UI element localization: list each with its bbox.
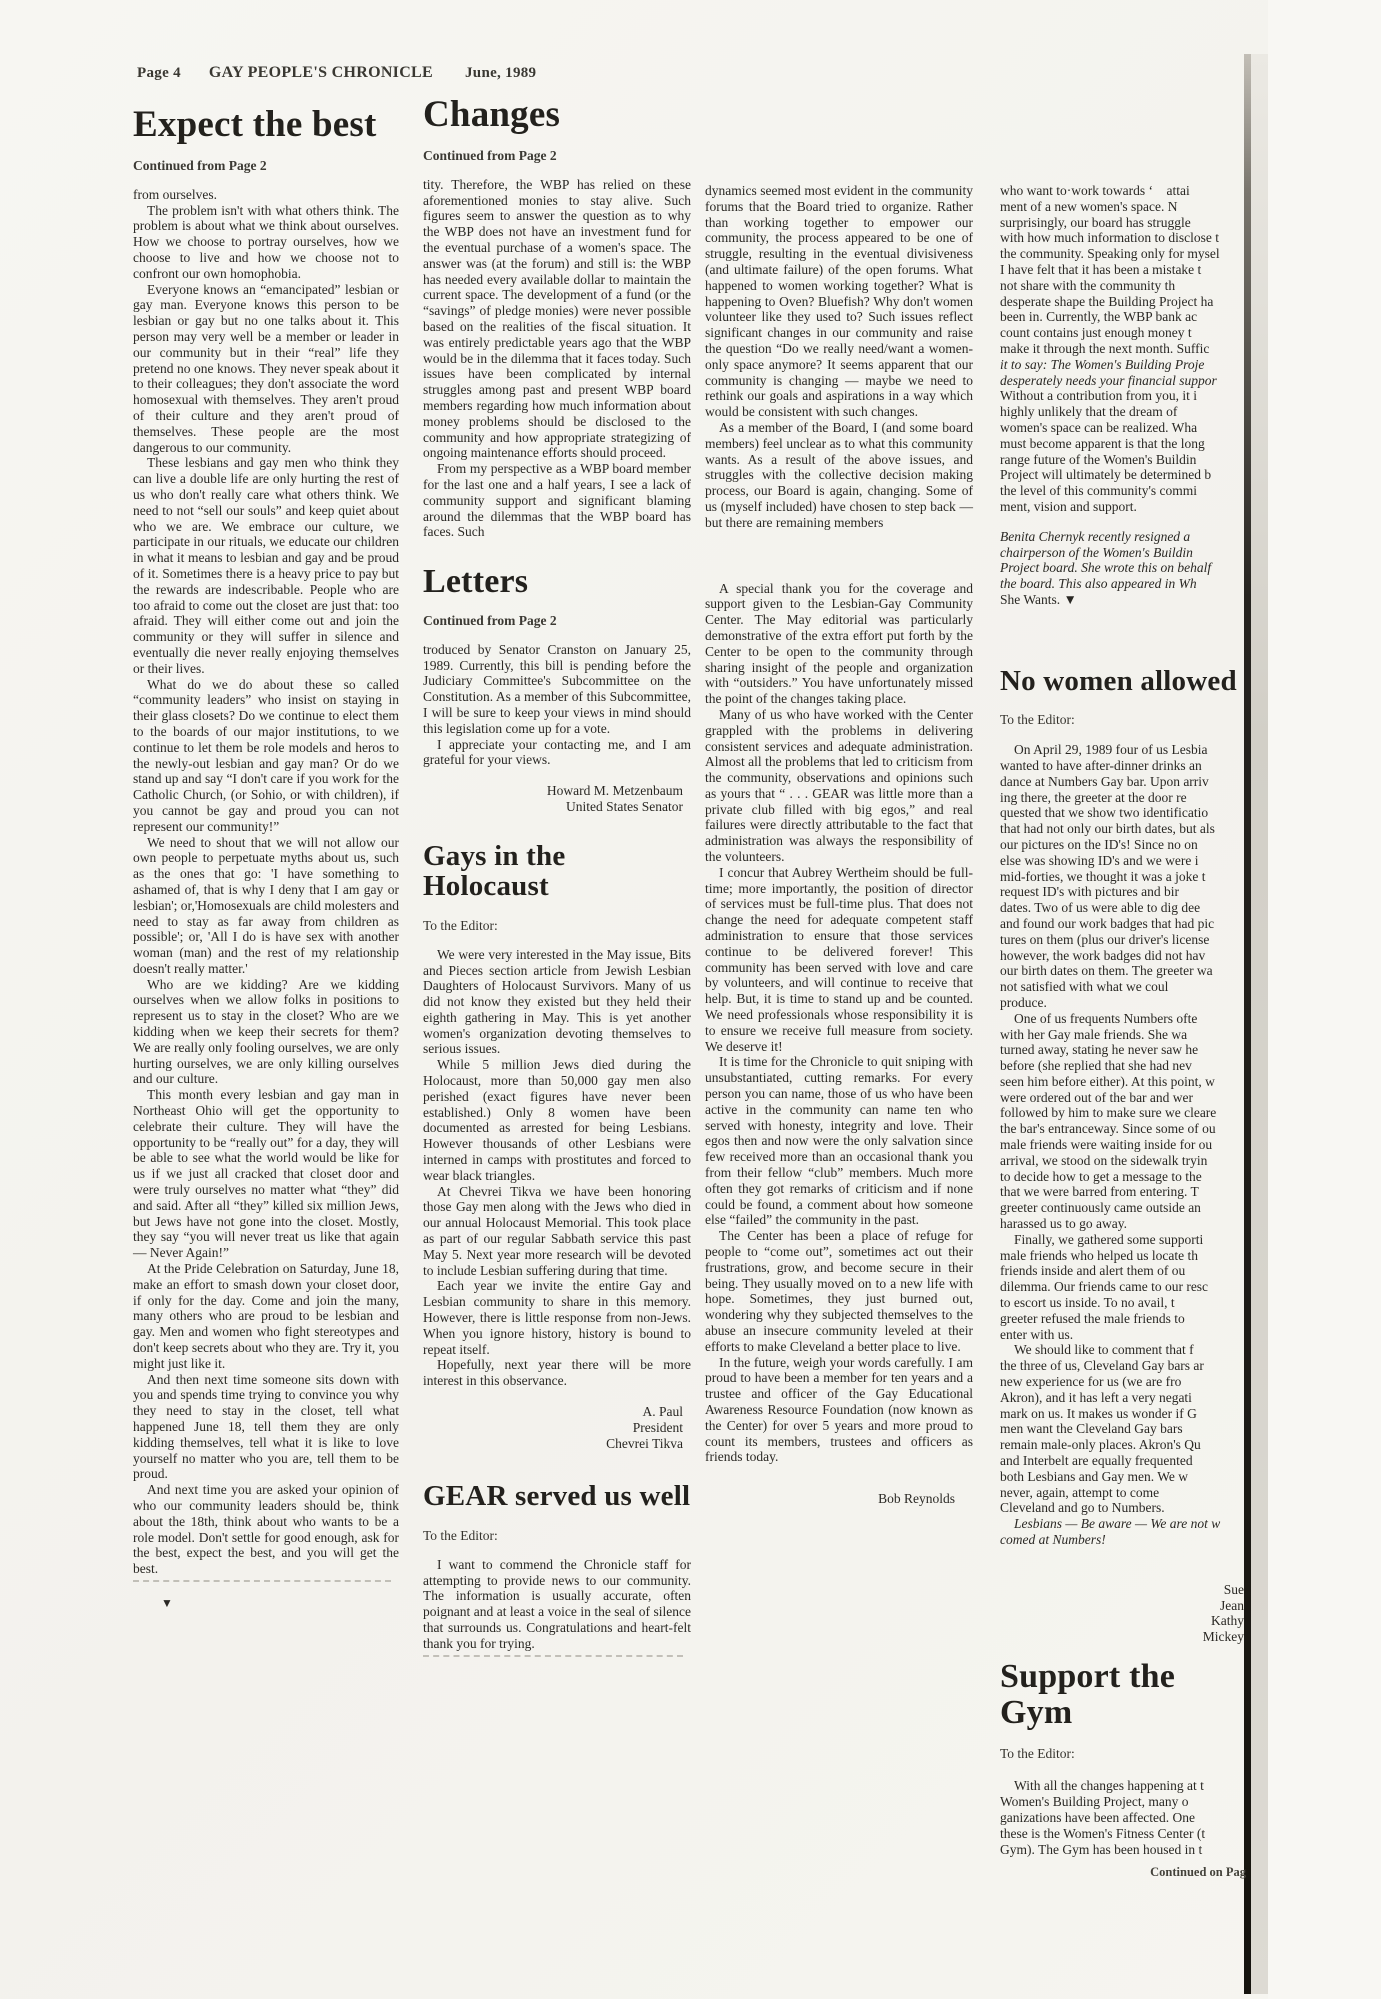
text-line: mark on us. It makes us wonder if G bbox=[1000, 1406, 1246, 1422]
paragraph: It is time for the Chronicle to quit sni… bbox=[705, 1054, 973, 1228]
text-line: our pictures on the ID's! Since no on bbox=[1000, 837, 1246, 853]
text-line: On April 29, 1989 four of us Lesbia bbox=[1000, 742, 1246, 758]
text-line: desperately needs your financial suppor bbox=[1000, 373, 1246, 389]
text-line: turned away, stating he never saw he bbox=[1000, 1042, 1246, 1058]
issue-date: June, 1989 bbox=[465, 65, 536, 81]
text-line: the three of us, Cleveland Gay bars ar bbox=[1000, 1358, 1246, 1374]
text-line: President bbox=[423, 1420, 683, 1436]
text-line: to decide how to get a message to the bbox=[1000, 1169, 1246, 1185]
page-header: Page 4 GAY PEOPLE'S CHRONICLE June, 1989 bbox=[137, 64, 536, 82]
no-women-body: On April 29, 1989 four of us Lesbiawante… bbox=[1000, 742, 1246, 1548]
text-line: the board. This also appeared in Wh bbox=[1000, 576, 1246, 592]
text-line: that we were barred from entering. T bbox=[1000, 1184, 1246, 1200]
text-line: however, the work badges did not hav bbox=[1000, 948, 1246, 964]
text-line: male friends were waiting inside for ou bbox=[1000, 1137, 1246, 1153]
text-line: Lesbians — Be aware — We are not w bbox=[1000, 1516, 1246, 1532]
text-line: must become apparent is that the long bbox=[1000, 436, 1246, 452]
gear-body: I want to commend the Chronicle staff fo… bbox=[423, 1557, 691, 1652]
expect-the-best-headline: Expect the best bbox=[133, 106, 399, 145]
column-2: Changes Continued from Page 2 tity. Ther… bbox=[423, 96, 691, 1657]
no-women-salutation: To the Editor: bbox=[1000, 712, 1246, 728]
text-line: Gym). The Gym has been housed in t bbox=[1000, 1842, 1246, 1858]
text-line: were ordered out of the bar and wer bbox=[1000, 1090, 1246, 1106]
paragraph: The Center has been a place of refuge fo… bbox=[705, 1228, 973, 1354]
changes-headline: Changes bbox=[423, 96, 691, 135]
paragraph: Hopefully, next year there will be more … bbox=[423, 1357, 691, 1389]
text-line: She Wants. ▼ bbox=[1000, 592, 1246, 608]
expect-the-best-body: from ourselves.The problem isn't with wh… bbox=[133, 187, 399, 1577]
text-line: Cleveland and go to Numbers. bbox=[1000, 1500, 1246, 1516]
paragraph: Many of us who have worked with the Cent… bbox=[705, 707, 973, 865]
text-line: ganizations have been affected. One bbox=[1000, 1810, 1246, 1826]
metzenbaum-letter-body: troduced by Senator Cranston on January … bbox=[423, 642, 691, 768]
paragraph: We need to shout that we will not allow … bbox=[133, 835, 399, 977]
line-group: who want to·work towards ‘ attaiment of … bbox=[1000, 183, 1246, 515]
text-line: dates. Two of us were able to dig dee bbox=[1000, 900, 1246, 916]
text-line: with how much information to disclose t bbox=[1000, 230, 1246, 246]
text-line: ment, vision and support. bbox=[1000, 499, 1246, 515]
text-line: greeter refused the male friends to bbox=[1000, 1311, 1246, 1327]
paragraph: The problem isn't with what others think… bbox=[133, 203, 399, 282]
text-line: been in. Currently, the WBP bank ac bbox=[1000, 309, 1246, 325]
support-gym-headline: Support the Gym bbox=[1000, 1659, 1246, 1730]
text-line: With all the changes happening at t bbox=[1000, 1778, 1246, 1794]
paragraph: tity. Therefore, the WBP has relied on t… bbox=[423, 177, 691, 461]
line-group: Finally, we gathered some supportimale f… bbox=[1000, 1232, 1246, 1343]
text-line: to escort us inside. To no avail, t bbox=[1000, 1295, 1246, 1311]
paragraph: As a member of the Board, I (and some bo… bbox=[705, 420, 973, 531]
text-line: not share with the community th bbox=[1000, 278, 1246, 294]
text-line: men want the Cleveland Gay bars bbox=[1000, 1421, 1246, 1437]
support-gym-body: With all the changes happening at tWomen… bbox=[1000, 1778, 1246, 1857]
text-line: One of us frequents Numbers ofte bbox=[1000, 1011, 1246, 1027]
line-group: With all the changes happening at tWomen… bbox=[1000, 1778, 1246, 1857]
paragraph: At Chevrei Tikva we have been honoring t… bbox=[423, 1184, 691, 1279]
text-line: Howard M. Metzenbaum bbox=[423, 783, 683, 799]
text-line: Sue bbox=[1000, 1582, 1244, 1598]
text-line: A. Paul bbox=[423, 1404, 683, 1420]
text-line: dilemma. Our friends came to our resc bbox=[1000, 1279, 1246, 1295]
text-line: both Lesbians and Gay men. We w bbox=[1000, 1469, 1246, 1485]
text-line: and Interbelt are equally frequented bbox=[1000, 1453, 1246, 1469]
changes-continued: Continued from Page 2 bbox=[423, 148, 691, 164]
text-line: Benita Chernyk recently resigned a bbox=[1000, 529, 1246, 545]
text-line: Project will ultimately be determined b bbox=[1000, 467, 1246, 483]
paragraph: Who are we kidding? Are we kidding ourse… bbox=[133, 977, 399, 1088]
paragraph: While 5 million Jews died during the Hol… bbox=[423, 1057, 691, 1183]
text-line: seen him before either). At this point, … bbox=[1000, 1074, 1246, 1090]
text-line: the bar's entranceway. Since some of ou bbox=[1000, 1121, 1246, 1137]
changes-col2-body: tity. Therefore, the WBP has relied on t… bbox=[423, 177, 691, 540]
gear-salutation: To the Editor: bbox=[423, 1528, 691, 1544]
scan-dash-artifact bbox=[423, 1655, 683, 1657]
line-group: On April 29, 1989 four of us Lesbiawante… bbox=[1000, 742, 1246, 1011]
text-line: Akron), and it has left a very negati bbox=[1000, 1390, 1246, 1406]
text-line: mid-forties, we thought it was a joke t bbox=[1000, 869, 1246, 885]
text-line: harassed us to go away. bbox=[1000, 1216, 1246, 1232]
no-women-signatures: SueJeanKathyMickey bbox=[1000, 1582, 1246, 1645]
text-line: count contains just enough money t bbox=[1000, 325, 1246, 341]
paragraph: from ourselves. bbox=[133, 187, 399, 203]
gays-holocaust-headline: Gays in the Holocaust bbox=[423, 841, 691, 902]
text-line: male friends who helped us locate th bbox=[1000, 1248, 1246, 1264]
text-line: ment of a new women's space. N bbox=[1000, 199, 1246, 215]
changes-col3-body: dynamics seemed most evident in the comm… bbox=[705, 183, 973, 531]
text-line: who want to·work towards ‘ attai bbox=[1000, 183, 1246, 199]
text-line: not satisfied with what we coul bbox=[1000, 979, 1246, 995]
metzenbaum-signature: Howard M. MetzenbaumUnited States Senato… bbox=[423, 783, 691, 815]
text-line: quested that we show two identificatio bbox=[1000, 805, 1246, 821]
text-line: and found our work badges that had pic bbox=[1000, 916, 1246, 932]
text-line: our birth dates on them. The greeter wa bbox=[1000, 963, 1246, 979]
text-line: Chevrei Tikva bbox=[423, 1436, 683, 1452]
text-line: remain male-only places. Akron's Qu bbox=[1000, 1437, 1246, 1453]
scan-right-margin bbox=[1268, 0, 1381, 1999]
text-line: chairperson of the Women's Buildin bbox=[1000, 545, 1246, 561]
publication-title: GAY PEOPLE'S CHRONICLE bbox=[209, 64, 433, 81]
text-line: United States Senator bbox=[423, 799, 683, 815]
text-line: Project board. She wrote this on behalf bbox=[1000, 560, 1246, 576]
text-line: wanted to have after-dinner drinks an bbox=[1000, 758, 1246, 774]
text-line: the community. Speaking only for mysel bbox=[1000, 246, 1246, 262]
expect-the-best-continued: Continued from Page 2 bbox=[133, 158, 399, 174]
text-line: never, again, attempt to come bbox=[1000, 1485, 1246, 1501]
no-women-headline: No women allowed bbox=[1000, 666, 1246, 696]
text-line: these is the Women's Fitness Center (t bbox=[1000, 1826, 1246, 1842]
text-line: new experience for us (we are fro bbox=[1000, 1374, 1246, 1390]
text-line: dance at Numbers Gay bar. Upon arriv bbox=[1000, 774, 1246, 790]
text-line: before (she replied that she had nev bbox=[1000, 1058, 1246, 1074]
paragraph: In the future, weigh your words carefull… bbox=[705, 1355, 973, 1466]
text-line: women's space can be realized. Wha bbox=[1000, 420, 1246, 436]
text-line: We should like to comment that f bbox=[1000, 1342, 1246, 1358]
gays-holocaust-body: We were very interested in the May issue… bbox=[423, 947, 691, 1389]
text-line: Jean bbox=[1000, 1598, 1244, 1614]
changes-conclusion-note: Benita Chernyk recently resigned achairp… bbox=[1000, 529, 1246, 608]
text-line: request ID's with pictures and bir bbox=[1000, 884, 1246, 900]
line-group: We should like to comment that fthe thre… bbox=[1000, 1342, 1246, 1516]
text-line: else was showing ID's and we were i bbox=[1000, 853, 1246, 869]
continued-on-label: Continued on Pag bbox=[1000, 1865, 1246, 1880]
paragraph: We were very interested in the May issue… bbox=[423, 947, 691, 1058]
paragraph: troduced by Senator Cranston on January … bbox=[423, 642, 691, 737]
text-line: surprisingly, our board has struggle bbox=[1000, 215, 1246, 231]
paragraph: And next time you are asked your opinion… bbox=[133, 1482, 399, 1577]
text-line: ing there, the greeter at the door re bbox=[1000, 790, 1246, 806]
column-4: who want to·work towards ‘ attaiment of … bbox=[1000, 183, 1246, 1880]
text-line: produce. bbox=[1000, 995, 1246, 1011]
paragraph: At the Pride Celebration on Saturday, Ju… bbox=[133, 1261, 399, 1372]
text-line: Mickey bbox=[1000, 1629, 1244, 1645]
text-line: I have felt that it has been a mistake t bbox=[1000, 262, 1246, 278]
paragraph: What do we do about these so called “com… bbox=[133, 677, 399, 835]
line-group: One of us frequents Numbers oftewith her… bbox=[1000, 1011, 1246, 1232]
paragraph: I want to commend the Chronicle staff fo… bbox=[423, 1557, 691, 1652]
text-line: the level of this community's commi bbox=[1000, 483, 1246, 499]
line-group: Lesbians — Be aware — We are not wcomed … bbox=[1000, 1516, 1246, 1548]
column-3: dynamics seemed most evident in the comm… bbox=[705, 183, 973, 1507]
paragraph: Everyone knows an “emancipated” lesbian … bbox=[133, 282, 399, 456]
text-line: Women's Building Project, many o bbox=[1000, 1794, 1246, 1810]
paragraph: From my perspective as a WBP board membe… bbox=[423, 461, 691, 540]
text-line: it to say: The Women's Building Proje bbox=[1000, 357, 1246, 373]
support-gym-salutation: To the Editor: bbox=[1000, 1746, 1246, 1762]
text-line: that had not only our birth dates, but a… bbox=[1000, 821, 1246, 837]
paragraph: A special thank you for the coverage and… bbox=[705, 581, 973, 707]
text-line: tures on them (plus our driver's license bbox=[1000, 932, 1246, 948]
text-line: enter with us. bbox=[1000, 1327, 1246, 1343]
paragraph: dynamics seemed most evident in the comm… bbox=[705, 183, 973, 420]
letters-continued: Continued from Page 2 bbox=[423, 613, 691, 629]
article-end-triangle-icon: ▼ bbox=[133, 1596, 399, 1611]
text-line: comed at Numbers! bbox=[1000, 1532, 1246, 1548]
text-line: highly unlikely that the dream of bbox=[1000, 404, 1246, 420]
text-line: range future of the Women's Buildin bbox=[1000, 452, 1246, 468]
gays-holocaust-signature: A. PaulPresidentChevrei Tikva bbox=[423, 1404, 691, 1451]
center-letter-body: A special thank you for the coverage and… bbox=[705, 581, 973, 1466]
gays-holocaust-salutation: To the Editor: bbox=[423, 918, 691, 934]
column-1: Expect the best Continued from Page 2 fr… bbox=[133, 106, 399, 1611]
text-line: Finally, we gathered some supporti bbox=[1000, 1232, 1246, 1248]
changes-conclusion-body: who want to·work towards ‘ attaiment of … bbox=[1000, 183, 1246, 515]
text-line: Kathy bbox=[1000, 1613, 1244, 1629]
paragraph: These lesbians and gay men who think the… bbox=[133, 455, 399, 676]
paragraph: And then next time someone sits down wit… bbox=[133, 1372, 399, 1483]
text-line: make it through the next month. Suffic bbox=[1000, 341, 1246, 357]
page-number: Page 4 bbox=[137, 65, 181, 81]
text-line: Without a contribution from you, it i bbox=[1000, 388, 1246, 404]
text-line: friends inside and alert them of ou bbox=[1000, 1263, 1246, 1279]
text-line: greeter continuously came outside an bbox=[1000, 1200, 1246, 1216]
text-line: Bob Reynolds bbox=[705, 1491, 955, 1507]
letters-headline: Letters bbox=[423, 564, 691, 600]
reynolds-signature: Bob Reynolds bbox=[705, 1491, 973, 1507]
text-line: with her Gay male friends. She wa bbox=[1000, 1027, 1246, 1043]
paragraph: This month every lesbian and gay man in … bbox=[133, 1087, 399, 1261]
scan-edge-shadow bbox=[1251, 54, 1268, 1994]
text-line: desperate shape the Building Project ha bbox=[1000, 294, 1246, 310]
paragraph: I appreciate your contacting me, and I a… bbox=[423, 737, 691, 769]
text-line: followed by him to make sure we cleare bbox=[1000, 1105, 1246, 1121]
paragraph: I concur that Aubrey Wertheim should be … bbox=[705, 865, 973, 1055]
scan-dash-artifact bbox=[133, 1580, 391, 1582]
gear-headline: GEAR served us well bbox=[423, 1481, 691, 1511]
paragraph: Each year we invite the entire Gay and L… bbox=[423, 1278, 691, 1357]
text-line: arrival, we stood on the sidewalk tryin bbox=[1000, 1153, 1246, 1169]
